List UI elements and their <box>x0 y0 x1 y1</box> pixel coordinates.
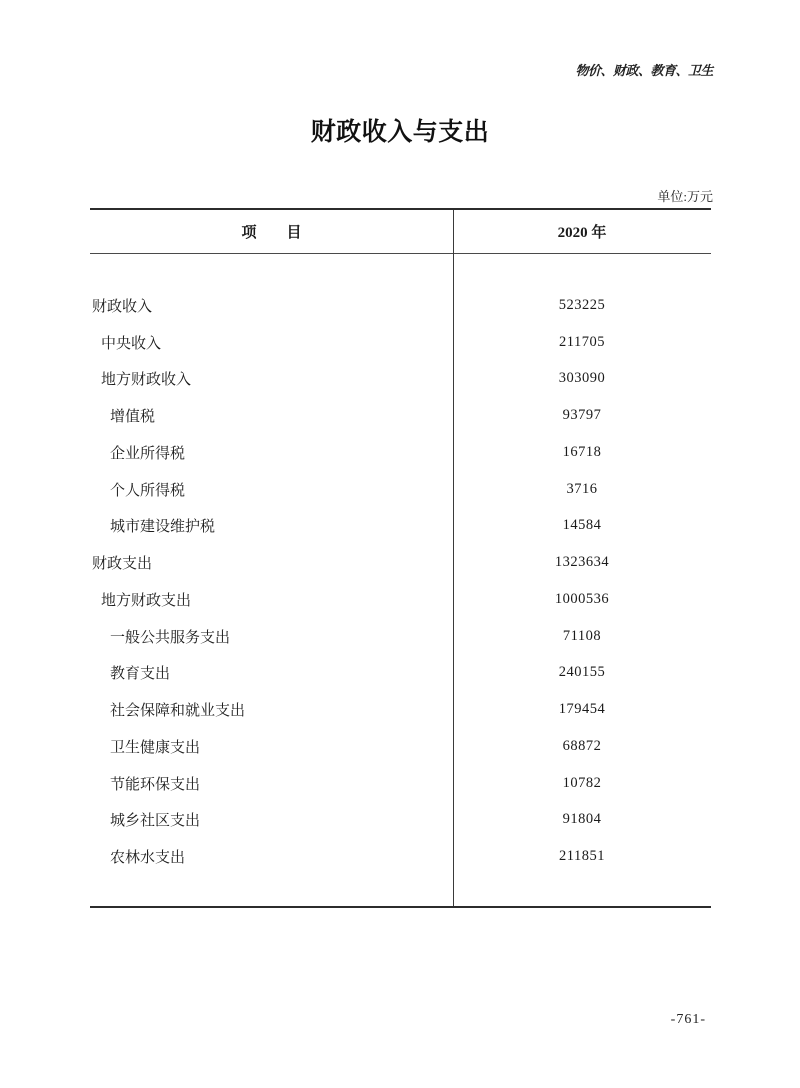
row-label: 财政收入 <box>90 295 453 316</box>
row-value: 211851 <box>453 848 711 865</box>
row-label: 卫生健康支出 <box>90 736 453 757</box>
row-value: 240155 <box>453 664 711 681</box>
row-value: 16718 <box>453 444 711 461</box>
row-label: 中央收入 <box>90 332 453 353</box>
table-row: 社会保障和就业支出179454 <box>90 691 711 728</box>
table-row: 财政收入523225 <box>90 287 711 324</box>
page-title: 财政收入与支出 <box>0 112 800 148</box>
row-value: 68872 <box>453 738 711 755</box>
table-row: 教育支出240155 <box>90 655 711 692</box>
table-row: 节能环保支出10782 <box>90 765 711 802</box>
table-row: 增值税93797 <box>90 397 711 434</box>
row-label: 教育支出 <box>90 662 453 683</box>
row-value: 10782 <box>453 775 711 792</box>
row-value: 71108 <box>453 628 711 645</box>
row-label: 农林水支出 <box>90 846 453 867</box>
row-label: 地方财政支出 <box>90 589 453 610</box>
row-value: 91804 <box>453 811 711 828</box>
row-value: 303090 <box>453 370 711 387</box>
table-header-row: 项 目 2020 年 <box>90 210 711 254</box>
table-row: 卫生健康支出68872 <box>90 728 711 765</box>
table-row: 个人所得税3716 <box>90 471 711 508</box>
document-page: 物价、财政、教育、卫生 财政收入与支出 单位:万元 项 目 2020 年 财政收… <box>0 0 800 1088</box>
row-value: 14584 <box>453 517 711 534</box>
row-label: 城乡社区支出 <box>90 809 453 830</box>
table-row: 城乡社区支出91804 <box>90 802 711 839</box>
row-label: 增值税 <box>90 405 453 426</box>
row-label: 节能环保支出 <box>90 773 453 794</box>
running-head: 物价、财政、教育、卫生 <box>575 60 713 79</box>
row-value: 93797 <box>453 407 711 424</box>
header-year-cell: 2020 年 <box>453 221 711 242</box>
table-row: 农林水支出211851 <box>90 838 711 875</box>
row-value: 211705 <box>453 334 711 351</box>
row-label: 个人所得税 <box>90 479 453 500</box>
unit-note: 单位:万元 <box>657 186 713 205</box>
row-value: 523225 <box>453 297 711 314</box>
row-label: 地方财政收入 <box>90 368 453 389</box>
table-row: 企业所得税16718 <box>90 434 711 471</box>
row-value: 1323634 <box>453 554 711 571</box>
page-number: -761- <box>671 1012 706 1028</box>
table-row: 财政支出1323634 <box>90 544 711 581</box>
row-label: 一般公共服务支出 <box>90 626 453 647</box>
row-label: 企业所得税 <box>90 442 453 463</box>
table-row: 地方财政收入303090 <box>90 361 711 398</box>
row-label: 财政支出 <box>90 552 453 573</box>
row-value: 1000536 <box>453 591 711 608</box>
table-body: 财政收入523225中央收入211705地方财政收入303090增值税93797… <box>90 254 711 875</box>
row-label: 城市建设维护税 <box>90 515 453 536</box>
table-row: 中央收入211705 <box>90 324 711 361</box>
row-label: 社会保障和就业支出 <box>90 699 453 720</box>
table-row: 地方财政支出1000536 <box>90 581 711 618</box>
row-value: 179454 <box>453 701 711 718</box>
table-row: 城市建设维护税14584 <box>90 508 711 545</box>
column-divider <box>453 210 454 906</box>
table-row: 一般公共服务支出71108 <box>90 618 711 655</box>
row-value: 3716 <box>453 481 711 498</box>
header-item-cell: 项 目 <box>90 221 453 242</box>
finance-table: 项 目 2020 年 财政收入523225中央收入211705地方财政收入303… <box>90 208 711 908</box>
